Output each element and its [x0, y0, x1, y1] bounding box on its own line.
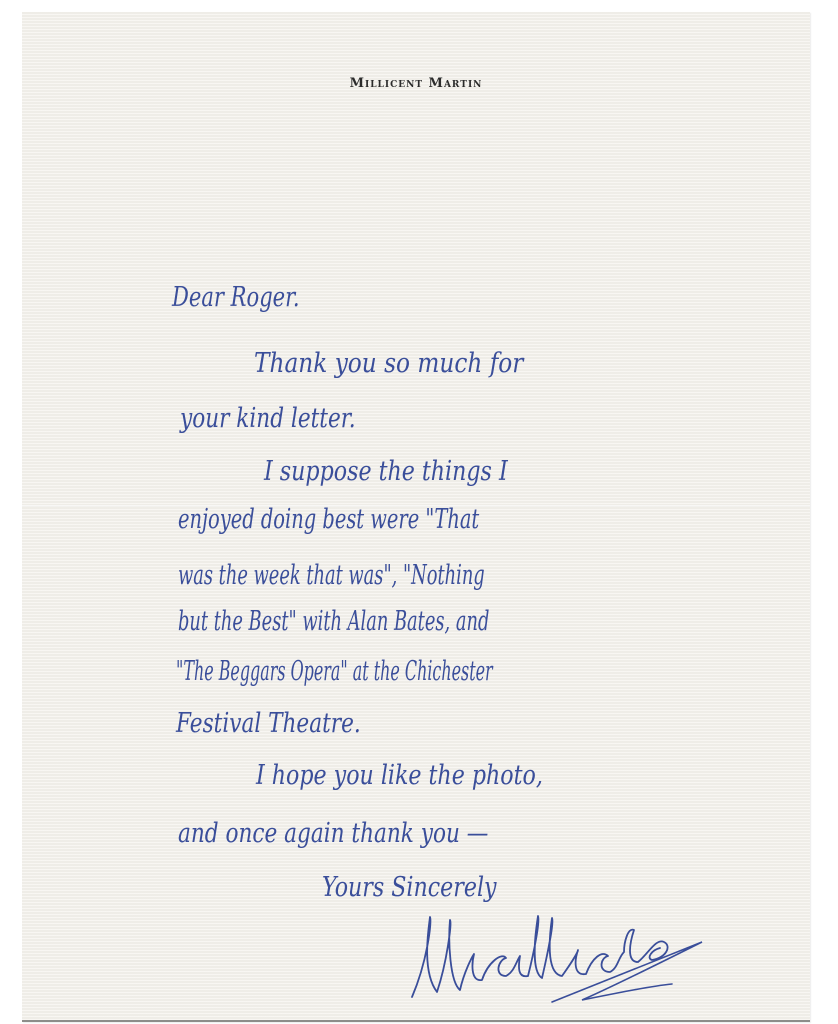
letter-line-6: but the Best" with Alan Bates, and [178, 608, 489, 635]
letter-paper: Millicent Martin Dear Roger. Thank you s… [22, 12, 810, 1022]
letter-line-7: "The Beggars Opera" at the Chichester [176, 658, 493, 685]
letter-line-4: enjoyed doing best were "That [178, 506, 479, 533]
letter-line-3: I suppose the things I [264, 458, 508, 485]
letterhead-name: Millicent Martin [22, 76, 810, 91]
letter-line-2: your kind letter. [180, 405, 356, 432]
letter-line-1: Thank you so much for [254, 350, 523, 377]
letter-line-10: and once again thank you — [178, 820, 488, 847]
salutation: Dear Roger. [172, 284, 300, 311]
letter-line-9: I hope you like the photo, [256, 762, 543, 789]
signature [402, 902, 782, 1012]
letter-line-8: Festival Theatre. [176, 710, 361, 737]
closing: Yours Sincerely [322, 874, 497, 901]
signature-scrawl-icon [402, 902, 782, 1012]
letter-line-5: was the week that was", "Nothing [178, 562, 485, 589]
